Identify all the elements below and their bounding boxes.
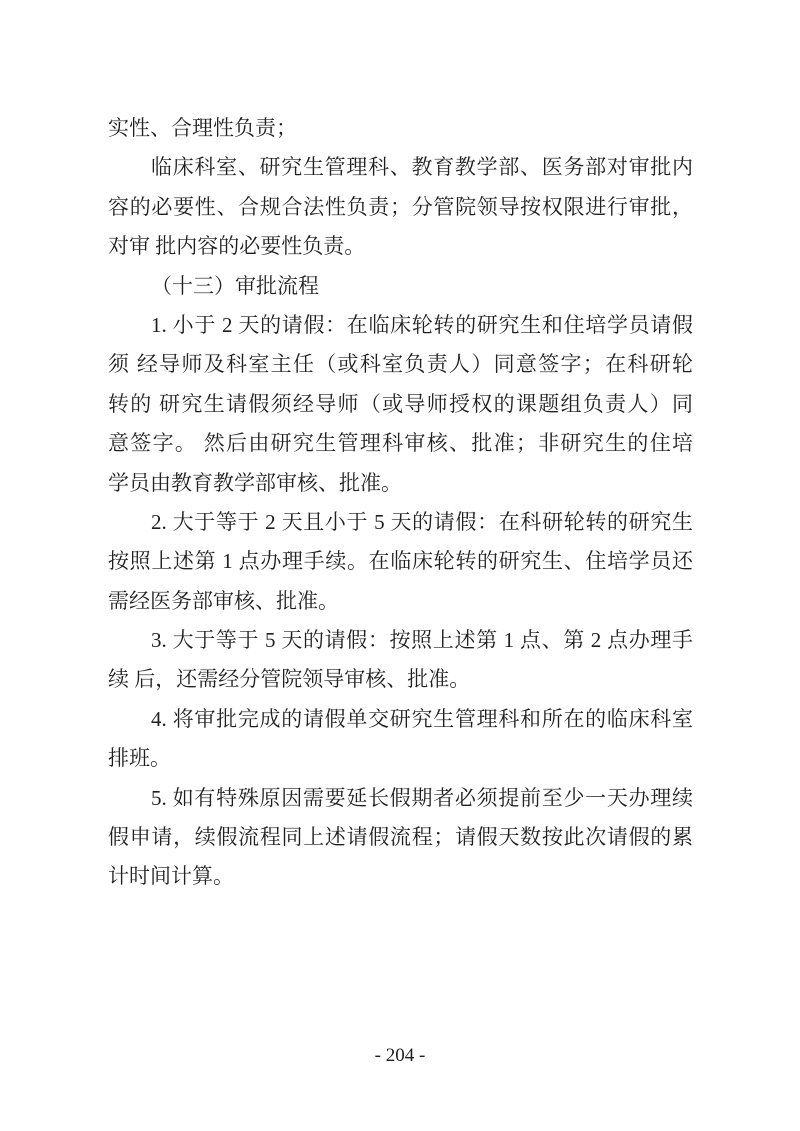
text-line: 转的 研究生请假须经导师（或导师授权的课题组负责人）同 [108,385,693,424]
text-line: 5. 如有特殊原因需要延长假期者必须提前至少一天办理续 [108,779,693,818]
text-line: 3. 大于等于 5 天的请假：按照上述第 1 点、第 2 点办理手 [108,621,693,660]
text-line: 1. 小于 2 天的请假：在临床轮转的研究生和住培学员请假 [108,306,693,345]
text-line: 意签字。 然后由研究生管理科审核、批准；非研究生的住培 [108,424,693,463]
page-number: - 204 - [375,1045,426,1066]
text-line: 学员由教育教学部审核、批准。 [108,464,693,503]
text-line: 容的必要性、合规合法性负责；分管院领导按权限进行审批， [108,188,693,227]
text-line: 须 经导师及科室主任（或科室负责人）同意签字；在科研轮 [108,345,693,384]
text-line: 排班。 [108,739,693,778]
text-line: 假申请，续假流程同上述请假流程；请假天数按此次请假的累 [108,818,693,857]
text-line: 实性、合理性负责； [108,109,693,148]
text-line: 临床科室、研究生管理科、教育教学部、医务部对审批内 [108,148,693,187]
document-page: 实性、合理性负责；临床科室、研究生管理科、教育教学部、医务部对审批内容的必要性、… [0,0,800,1131]
text-line: （十三）审批流程 [108,267,693,306]
document-body: 实性、合理性负责；临床科室、研究生管理科、教育教学部、医务部对审批内容的必要性、… [108,109,693,897]
text-line: 需经医务部审核、批准。 [108,582,693,621]
page-footer: - 204 - [0,1044,800,1068]
text-line: 4. 将审批完成的请假单交研究生管理科和所在的临床科室 [108,700,693,739]
text-line: 计时间计算。 [108,857,693,896]
text-line: 2. 大于等于 2 天且小于 5 天的请假：在科研轮转的研究生 [108,503,693,542]
text-line: 对审 批内容的必要性负责。 [108,227,693,266]
text-line: 续 后，还需经分管院领导审核、批准。 [108,660,693,699]
text-line: 按照上述第 1 点办理手续。在临床轮转的研究生、住培学员还 [108,542,693,581]
